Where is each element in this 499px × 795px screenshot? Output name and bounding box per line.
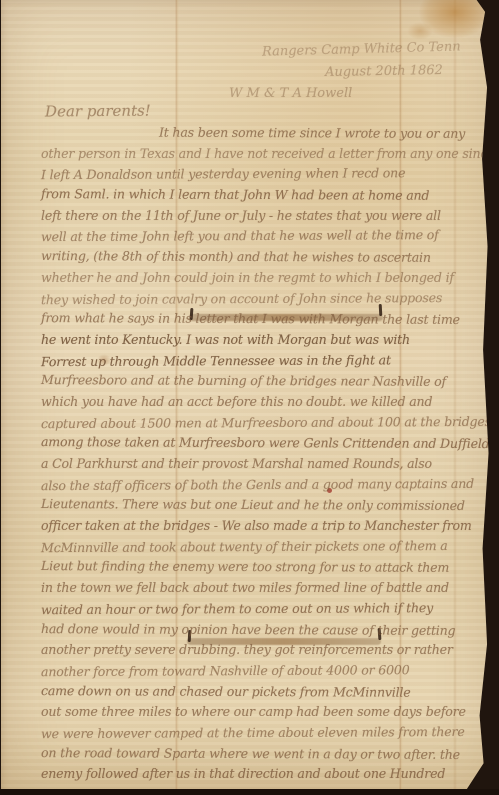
letter-line: among those taken at Murfreesboro were G… [41, 432, 475, 455]
letter-line: had done would in my opinion have been t… [41, 619, 475, 642]
letter-line: in the town we fell back about two miles… [41, 578, 475, 599]
letter-line: captured about 1500 men at Murfreesboro … [41, 411, 475, 434]
letter-line: on the road toward Sparta where we went … [41, 743, 475, 766]
photo-edge [0, 789, 499, 795]
letter-line: also the staff officers of both the Genl… [41, 474, 475, 497]
letter-line: came down on us and chased our pickets f… [41, 681, 475, 704]
letter-line: Forrest up through Middle Tennessee was … [41, 349, 475, 372]
letter-line: a Col Parkhurst and their provost Marsha… [41, 454, 475, 475]
letter-line: from what he says in his letter that I w… [41, 308, 475, 331]
letter-line: another pretty severe drubbing. they got… [41, 640, 475, 661]
letter-line: well at the time John left you and that … [41, 225, 475, 248]
letter-line: which you have had an acct before this n… [41, 392, 475, 413]
letter-body: It has been some time since I wrote to y… [41, 123, 475, 785]
letter-line: It has been some time since I wrote to y… [41, 122, 475, 145]
letter-line: Lieutenants. There was but one Lieut and… [41, 494, 475, 517]
letter-line: I left A Donaldson until yesterday eveni… [41, 163, 475, 186]
letter-paper: Rangers Camp White Co Tenn August 20th 1… [1, 0, 499, 795]
dateline-place: Rangers Camp White Co Tenn [262, 39, 461, 59]
letter-line: left there on the 11th of June or July -… [41, 206, 475, 227]
letter-line: out some three miles to where our camp h… [41, 702, 475, 723]
letter-line: he went into Kentucky. I was not with Mo… [41, 330, 475, 351]
letter-line: whether he and John could join in the re… [41, 268, 475, 289]
letter-line: enemy followed after us in that directio… [41, 764, 475, 785]
letter-line: Lieut but finding the enemy were too str… [41, 556, 475, 579]
addressee-line: W M & T A Howell [229, 86, 352, 101]
paper-stain [407, 22, 433, 40]
paper-stain [419, 0, 491, 38]
letter-line: we were however camped at the time about… [41, 722, 475, 745]
letter-line: other person in Texas and I have not rec… [41, 144, 475, 165]
letter-line: another force from toward Nashville of a… [41, 660, 475, 683]
letter-line: waited an hour or two for them to come o… [41, 598, 475, 621]
letter-line: Murfreesboro and at the burning of the b… [41, 370, 475, 393]
letter-line: McMinnville and took about twenty of the… [41, 536, 475, 559]
letter-line: officer taken at the bridges - We also m… [41, 516, 475, 537]
salutation: Dear parents! [45, 102, 151, 121]
letter-line: they wished to join cavalry on account o… [41, 287, 475, 310]
letter-photo: Rangers Camp White Co Tenn August 20th 1… [0, 0, 499, 795]
dateline-date: August 20th 1862 [325, 63, 443, 80]
letter-line: from Saml. in which I learn that John W … [41, 184, 475, 207]
letter-line: writing, (the 8th of this month) and tha… [41, 246, 475, 269]
